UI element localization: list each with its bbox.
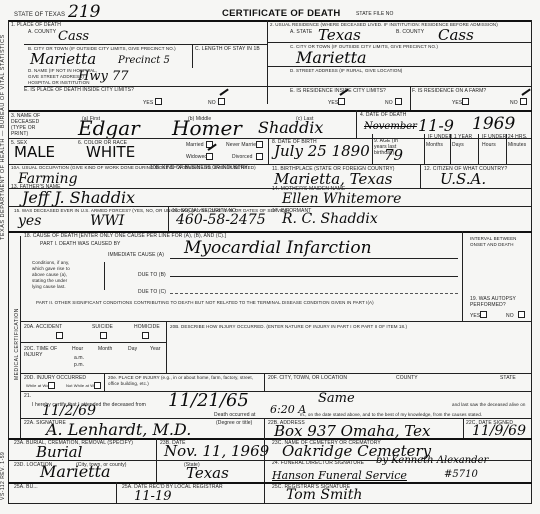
married-label: Married bbox=[186, 142, 204, 148]
armed-forces-value: yes bbox=[18, 214, 41, 228]
date-of-death-value: 11-9 bbox=[418, 118, 454, 134]
street-address-label: d. STREET ADDRESS (If rural, give locati… bbox=[290, 68, 402, 74]
sex-value: MALE bbox=[14, 145, 55, 160]
am-label: a.m. bbox=[74, 355, 84, 361]
license-value: #5710 bbox=[444, 470, 478, 480]
degree-label: (Degree or title) bbox=[216, 420, 252, 426]
hospital-value: Hwy 77 bbox=[78, 70, 128, 83]
bottom-border bbox=[8, 503, 532, 504]
row-divider bbox=[24, 44, 268, 45]
medical-cert-divider bbox=[20, 236, 21, 438]
pod-yes-label: YES bbox=[143, 100, 153, 106]
under-day-label: IF UNDER 24 HRS. bbox=[482, 134, 528, 140]
interval-divider bbox=[462, 231, 463, 321]
location-state-value: Texas bbox=[186, 466, 229, 481]
ssn-value: 460-58-2475 bbox=[176, 213, 266, 227]
describe-injury-label: 20b. DESCRIBE HOW INJURY OCCURRED. (Ente… bbox=[170, 324, 407, 330]
cell-divider bbox=[116, 482, 117, 504]
year-of-death-value: 1969 bbox=[472, 116, 515, 133]
immediate-cause-value: Myocardial Infarction bbox=[184, 240, 372, 257]
cause-line bbox=[170, 276, 458, 277]
month-label: Month bbox=[98, 346, 112, 352]
attended-to-value: 11/21/65 bbox=[168, 392, 249, 410]
homicide-checkbox[interactable] bbox=[142, 332, 149, 339]
days-label: Days bbox=[452, 142, 464, 148]
row-divider bbox=[20, 418, 532, 419]
cause-line bbox=[170, 293, 458, 294]
certification-item-label: 21. bbox=[24, 393, 31, 399]
cell-divider bbox=[264, 373, 265, 391]
cell-divider bbox=[424, 134, 425, 164]
funeral-home-value: Hanson Funeral Service bbox=[272, 470, 407, 481]
res-county-label: b. COUNTY bbox=[396, 29, 424, 35]
row-divider bbox=[20, 391, 532, 392]
cell-divider bbox=[478, 134, 479, 164]
injury-city-label: 20f. CITY, TOWN, OR LOCATION bbox=[268, 375, 347, 381]
department-vertical-text: TEXAS DEPARTMENT OF HEALTH — BUREAU OF V… bbox=[0, 34, 6, 240]
res-yes-label: YES bbox=[328, 100, 338, 106]
length-of-stay-label: c. LENGTH OF STAY in 1b bbox=[195, 46, 260, 52]
months-label: Months bbox=[426, 142, 443, 148]
form-number-vertical-text: VS-112 REV. 1-59 bbox=[0, 452, 6, 500]
part2-label: PART II. OTHER SIGNIFICANT CONDITIONS CO… bbox=[36, 300, 374, 306]
last-saw-value: Same bbox=[318, 392, 355, 405]
informant-value: R. C. Shaddix bbox=[282, 212, 378, 226]
row-divider bbox=[20, 321, 532, 322]
business-label: 10b. KIND OF BUSINESS OR INDUSTRY bbox=[150, 165, 248, 171]
never-married-checkbox[interactable] bbox=[256, 141, 263, 148]
race-value: WHITE bbox=[86, 145, 135, 160]
day-label: Day bbox=[128, 346, 137, 352]
state-number: 219 bbox=[68, 4, 100, 21]
cell-divider bbox=[104, 373, 105, 391]
birth-date-value: July 25 1890 bbox=[274, 144, 370, 159]
farm-no-label: NO bbox=[510, 100, 518, 106]
while-at-work-checkbox[interactable] bbox=[48, 382, 55, 389]
accident-checkbox[interactable] bbox=[56, 332, 63, 339]
bu-label: 25a. BU... bbox=[14, 484, 38, 490]
cell-divider bbox=[168, 206, 169, 232]
father-value: Jeff J. Shaddix bbox=[22, 190, 135, 206]
res-county-value: Cass bbox=[438, 28, 474, 43]
autopsy-label: 19. WAS AUTOPSY PERFORMED? bbox=[470, 296, 528, 308]
res-inside-city-yes-checkbox[interactable] bbox=[338, 98, 345, 105]
divorced-label: Divorced bbox=[232, 154, 253, 160]
hours-label: Hours bbox=[482, 142, 496, 148]
last-saw-label: and last saw the deceased alive on bbox=[452, 402, 525, 408]
pod-no-label: NO bbox=[208, 100, 216, 106]
received-value: 11-19 bbox=[134, 490, 171, 503]
due-to-c-label: DUE TO (c) bbox=[138, 289, 166, 295]
never-married-label: Never Married bbox=[226, 142, 259, 148]
citizen-value: U.S.A. bbox=[440, 172, 486, 187]
mother-value: Ellen Whitemore bbox=[282, 192, 401, 206]
res-no-label: NO bbox=[385, 100, 393, 106]
right-border bbox=[531, 20, 532, 504]
widowed-checkbox[interactable] bbox=[206, 153, 213, 160]
res-inside-city-label: e. IS RESIDENCE INSIDE CITY LIMITS? bbox=[290, 88, 386, 94]
res-inside-city-no-checkbox[interactable] bbox=[395, 98, 402, 105]
physician-signature: A. Lenhardt, M.D. bbox=[46, 422, 191, 438]
accident-label: 20a. ACCIDENT bbox=[24, 324, 62, 330]
minutes-label: Minutes bbox=[508, 142, 526, 148]
bracket-line bbox=[104, 262, 105, 290]
cell-divider bbox=[450, 134, 451, 164]
age-value: 79 bbox=[384, 148, 403, 163]
war-value: WWI bbox=[90, 214, 124, 228]
autopsy-no-checkbox[interactable] bbox=[518, 311, 525, 318]
pod-city-value: Marietta bbox=[30, 52, 96, 67]
birthplace-value: Marietta, Texas bbox=[274, 172, 393, 187]
res-city-value: Marietta bbox=[296, 50, 367, 66]
pm-label: p.m. bbox=[74, 362, 84, 368]
res-state-value: Texas bbox=[318, 28, 361, 43]
farm-yes-checkbox[interactable] bbox=[462, 98, 469, 105]
row-divider bbox=[20, 373, 532, 374]
row-divider bbox=[20, 342, 166, 343]
injury-occurred-label: 20d. INJURY OCCURRED bbox=[24, 375, 86, 381]
conditions-note: Conditions, if any, which gave rise to a… bbox=[32, 260, 72, 290]
immediate-cause-label: IMMEDIATE CAUSE (a) bbox=[108, 252, 164, 258]
pod-county-label: a. COUNTY bbox=[28, 29, 56, 35]
row-divider bbox=[268, 86, 531, 87]
farm-label: f. IS RESIDENCE ON A FARM? bbox=[412, 88, 486, 94]
autopsy-yes-checkbox[interactable] bbox=[480, 311, 487, 318]
date-of-death-struck: November bbox=[364, 122, 417, 132]
cell-divider bbox=[463, 418, 464, 438]
widowed-label: Widowed bbox=[186, 154, 207, 160]
part1-label: PART I. DEATH WAS CAUSED BY bbox=[40, 241, 121, 247]
name-label: 3. NAME OF DECEASED (Type or print) bbox=[11, 113, 51, 137]
certificate-title: CERTIFICATE OF DEATH bbox=[222, 8, 341, 19]
cell-divider bbox=[506, 134, 507, 164]
address-value: Box 937 Omaha, Tex bbox=[274, 424, 430, 439]
date-signed-value: 11/9/69 bbox=[472, 424, 526, 438]
funeral-director-label: 24. FUNERAL DIRECTOR SIGNATURE bbox=[272, 460, 364, 466]
funeral-director-value: by Kenneth Alexander bbox=[376, 456, 488, 466]
middle-name-value: Homer bbox=[172, 118, 242, 138]
location-city-value: Marietta bbox=[40, 464, 111, 480]
cell-divider bbox=[372, 134, 373, 164]
farm-no-checkbox[interactable] bbox=[520, 98, 527, 105]
cell-divider bbox=[192, 44, 193, 68]
homicide-label: HOMICIDE bbox=[134, 324, 160, 330]
autopsy-yes-label: YES bbox=[470, 313, 480, 319]
time-of-injury-label: 20c. TIME OF INJURY bbox=[24, 346, 58, 358]
attended-from-value: 11/2/69 bbox=[42, 404, 96, 418]
row-divider bbox=[8, 206, 532, 207]
farm-yes-label: YES bbox=[452, 100, 462, 106]
res-state-label: a. STATE bbox=[290, 29, 312, 35]
not-at-work-checkbox[interactable] bbox=[94, 382, 101, 389]
due-to-b-label: DUE TO (b) bbox=[138, 272, 166, 278]
burial-date-value: Nov. 11, 1969 bbox=[164, 444, 269, 459]
cell-divider bbox=[268, 138, 269, 164]
row-divider bbox=[268, 42, 531, 43]
pod-inside-city-label: e. IS PLACE OF DEATH INSIDE CITY LIMITS? bbox=[24, 87, 134, 93]
divorced-checkbox[interactable] bbox=[256, 153, 263, 160]
autopsy-no-label: NO bbox=[506, 313, 514, 319]
pod-inside-city-no-checkbox[interactable] bbox=[218, 98, 225, 105]
interval-label: INTERVAL BETWEEN ONSET AND DEATH bbox=[470, 236, 526, 248]
place-of-injury-label: 20e. PLACE OF INJURY (e.g., in or about … bbox=[108, 375, 258, 387]
row-divider bbox=[268, 66, 531, 67]
cell-divider bbox=[410, 86, 411, 110]
burial-type-value: Burial bbox=[36, 445, 82, 460]
suicide-checkbox[interactable] bbox=[100, 332, 107, 339]
pod-precinct-value: Precinct 5 bbox=[118, 56, 170, 66]
place-of-death-label: 1. PLACE OF DEATH bbox=[11, 22, 61, 28]
section-divider bbox=[8, 482, 532, 484]
death-certificate: STATE OF TEXAS 219 CERTIFICATE OF DEATH … bbox=[0, 0, 540, 514]
state-file-label: STATE FILE NO bbox=[356, 11, 394, 17]
left-border bbox=[8, 20, 9, 504]
first-name-value: Edgar bbox=[78, 118, 140, 138]
cause-line bbox=[170, 258, 458, 259]
year-label: Year bbox=[150, 346, 161, 352]
pod-inside-city-yes-checkbox[interactable] bbox=[155, 98, 162, 105]
pod-county-value: Cass bbox=[58, 30, 89, 43]
cell-divider bbox=[166, 321, 167, 373]
registrar-signature: Tom Smith bbox=[286, 488, 362, 502]
state-label: STATE OF TEXAS bbox=[14, 12, 65, 18]
cell-divider bbox=[356, 110, 357, 138]
injury-state-label: STATE bbox=[500, 375, 516, 381]
injury-county-label: COUNTY bbox=[396, 375, 418, 381]
cell-divider bbox=[264, 438, 265, 504]
hour-label: Hour bbox=[72, 346, 83, 352]
last-name-value: Shaddix bbox=[258, 120, 323, 136]
center-divider bbox=[267, 20, 268, 104]
suicide-label: SUICIDE bbox=[92, 324, 113, 330]
section-divider bbox=[8, 110, 532, 112]
cell-divider bbox=[264, 418, 265, 438]
date-of-death-label: 4. DATE OF DEATH bbox=[360, 112, 406, 118]
cell-divider bbox=[420, 164, 421, 188]
